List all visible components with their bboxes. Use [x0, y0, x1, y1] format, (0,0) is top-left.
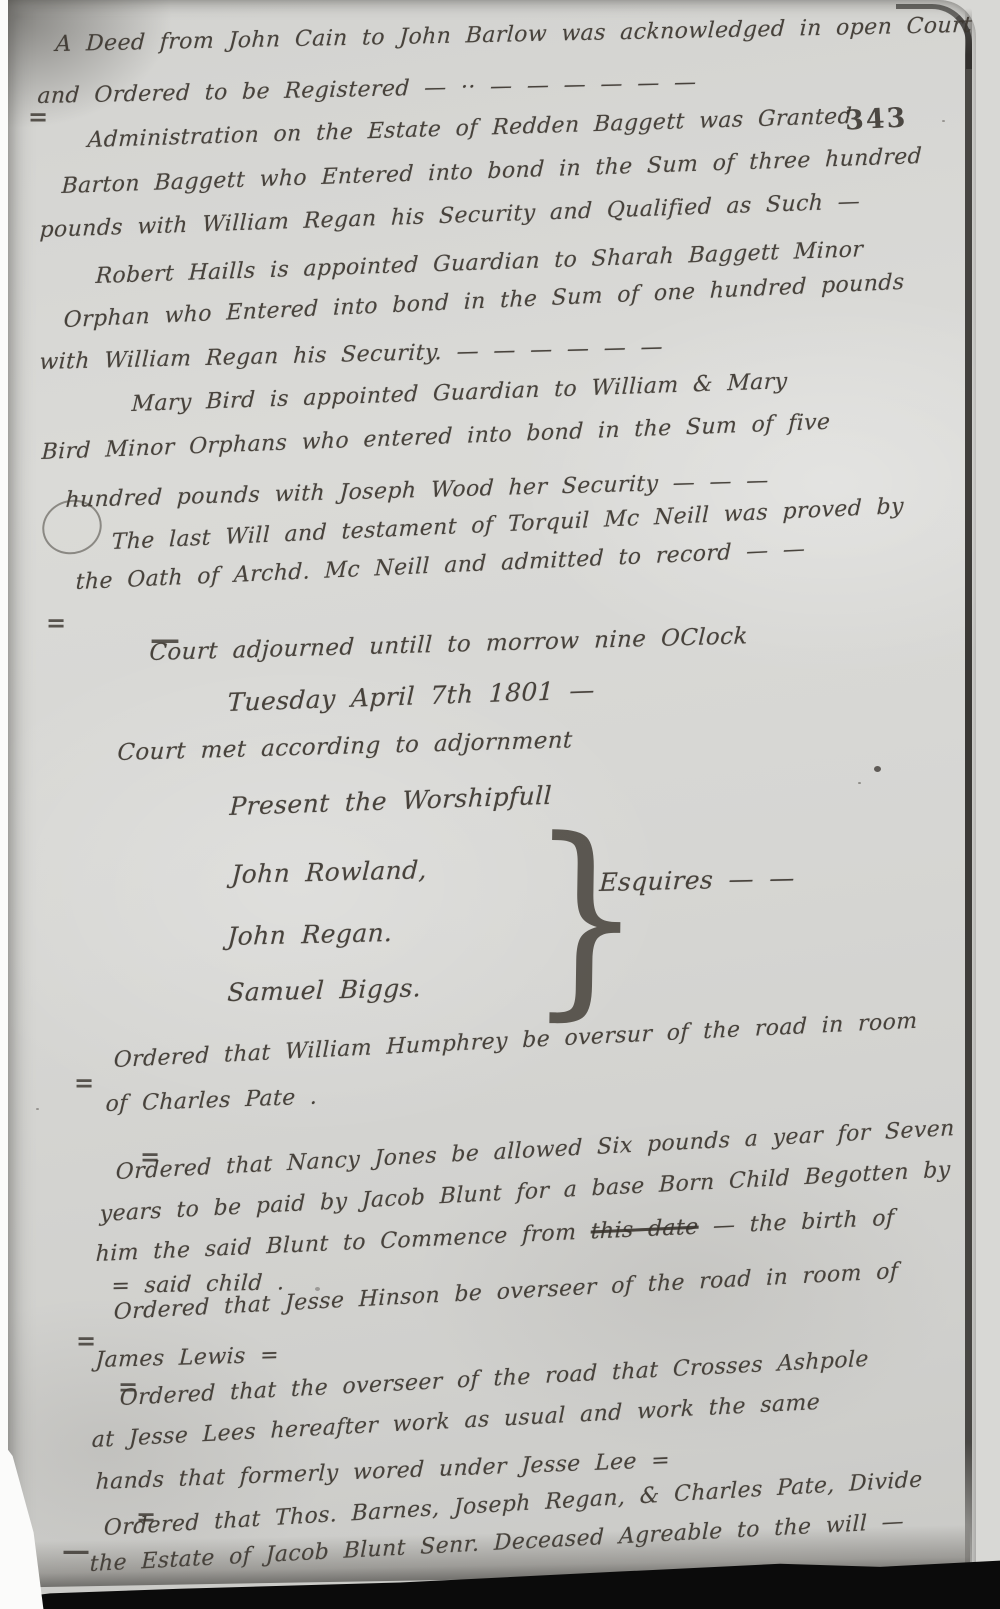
order-nancy-struck-text: this date	[590, 1215, 699, 1245]
page-number: 343	[844, 102, 908, 136]
ink-specks	[874, 766, 881, 772]
order-hinson-line-2: James Lewis =	[95, 1343, 279, 1373]
photostat-background: 343 A Deed from John Cain to John Barlow…	[0, 0, 1000, 1609]
justices-brace: }	[527, 812, 645, 1024]
margin-mark: =	[74, 1068, 93, 1097]
margin-mark: =	[46, 608, 65, 637]
esquires-label: Esquires — —	[599, 863, 796, 897]
margin-mark: =	[76, 1326, 95, 1355]
page-right-edge	[965, 8, 972, 1567]
justice-name: John Rowland,	[231, 855, 428, 889]
justice-name: John Regan.	[227, 918, 393, 951]
justice-name: Samuel Biggs.	[227, 973, 422, 1007]
margin-mark: =	[28, 102, 47, 131]
